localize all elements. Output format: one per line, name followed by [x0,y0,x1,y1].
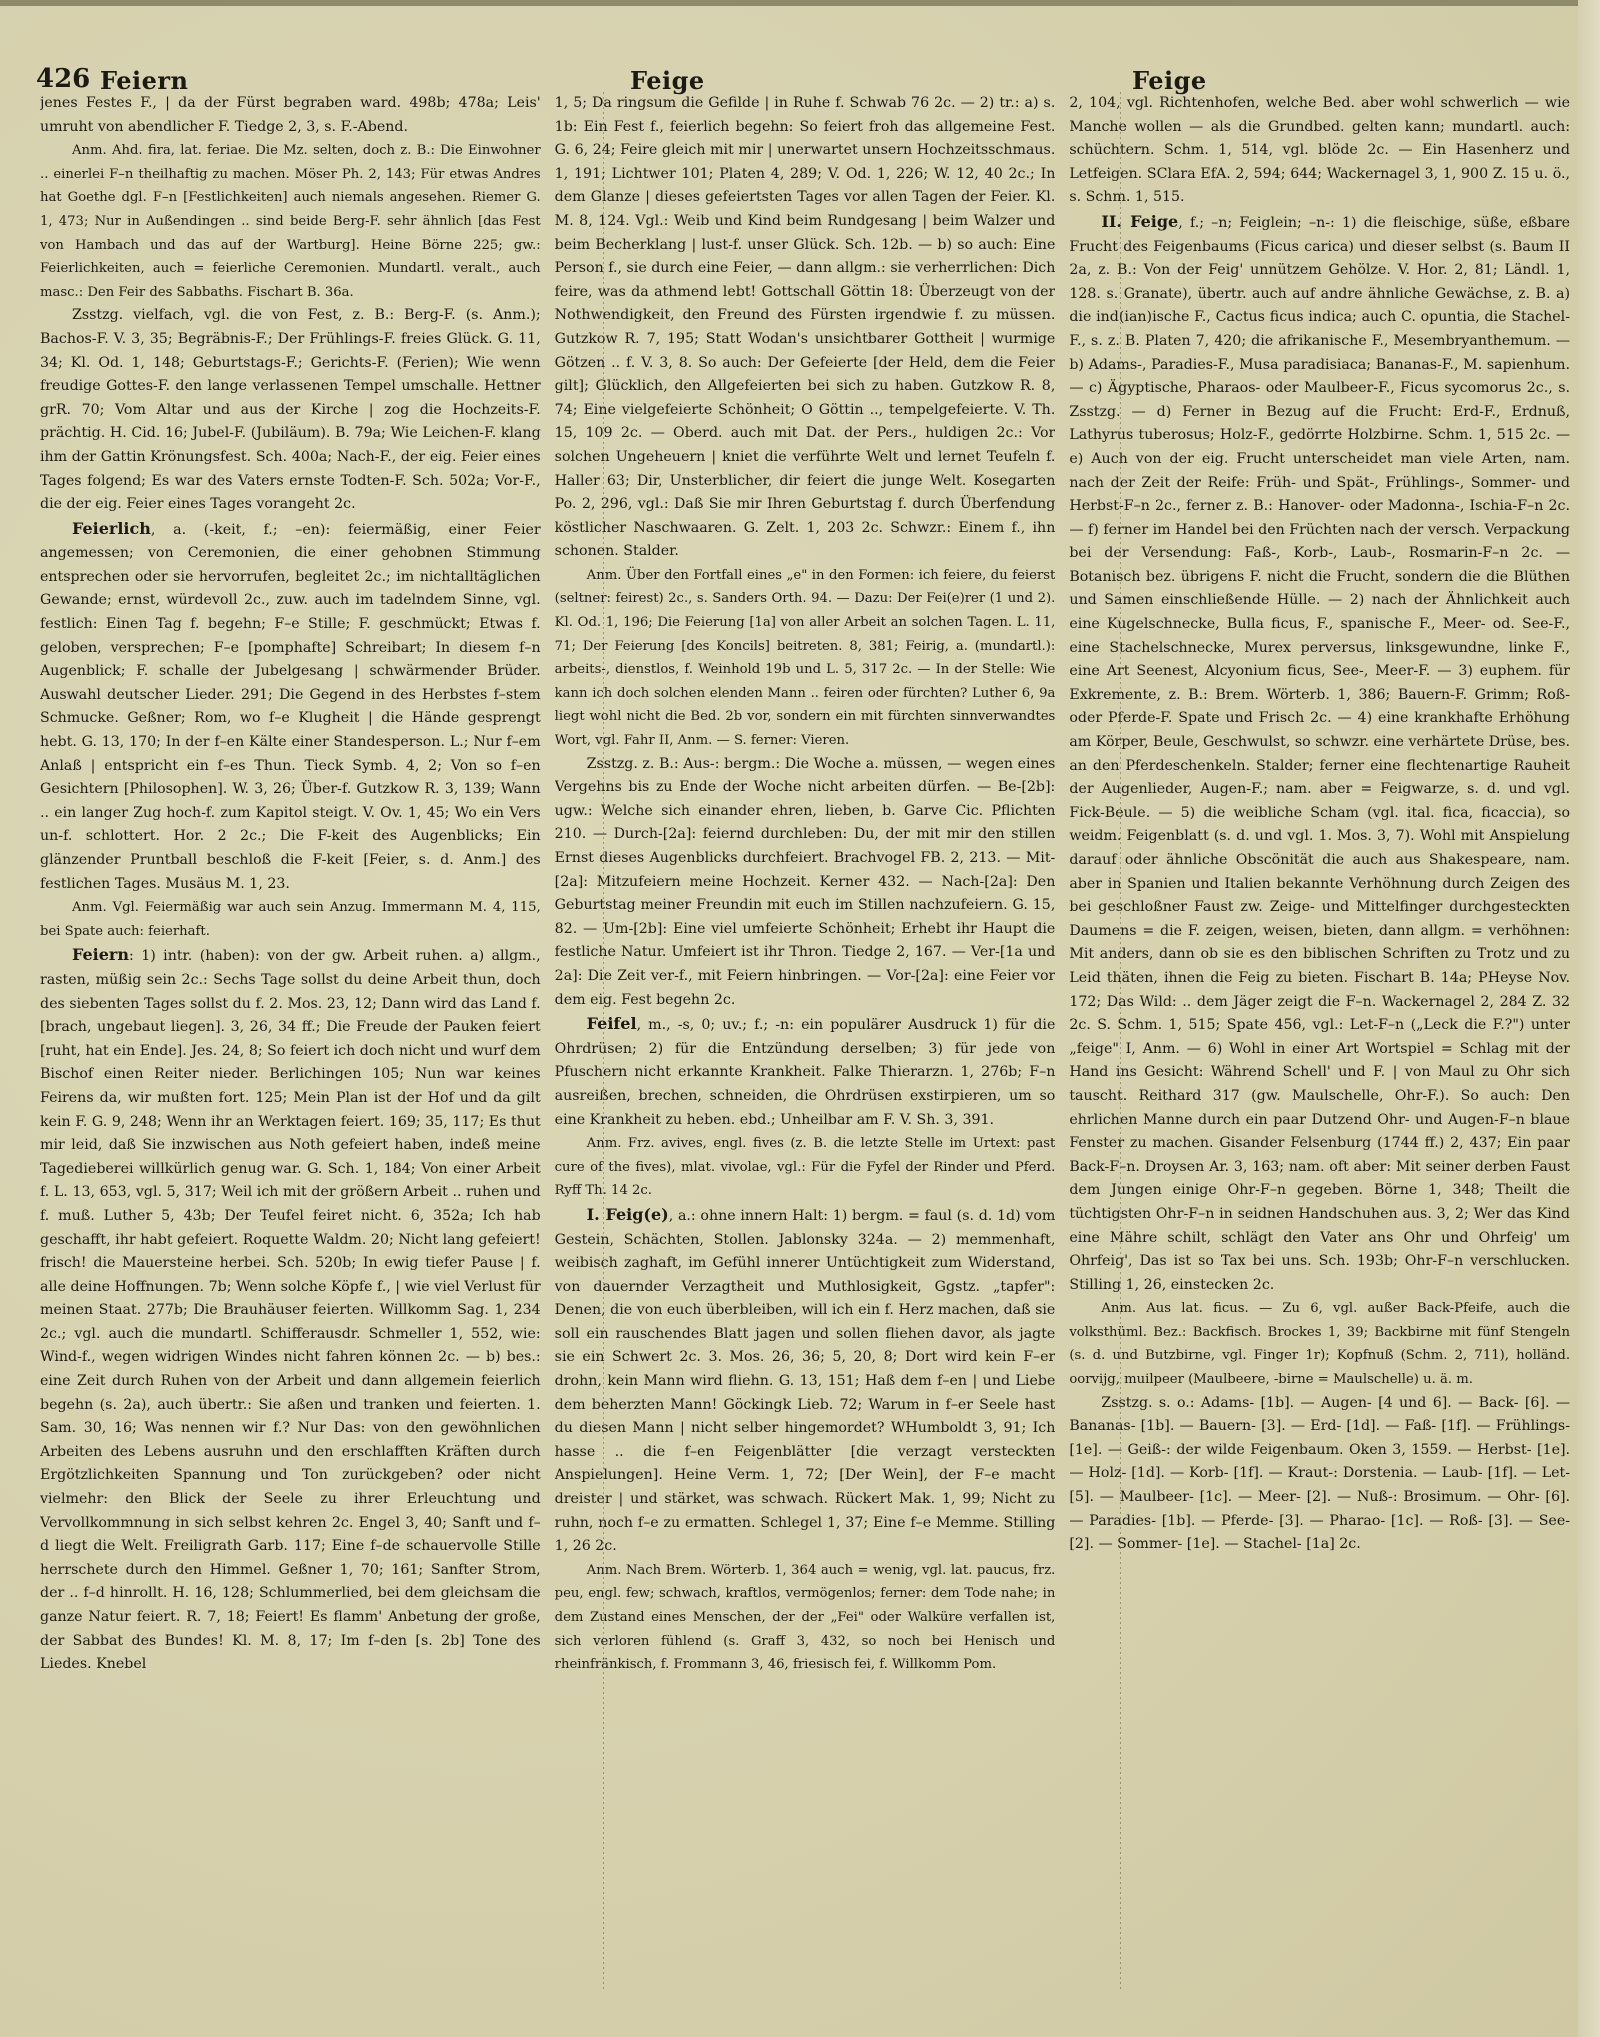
page-header: 426 Feiern Feige Feige [0,56,1600,96]
continued-paragraph: 1, 5; Da ringsum die Gefilde | in Ruhe f… [555,92,1056,564]
annotation-paragraph: Anm. Frz. avives, engl. fives (z. B. die… [555,1132,1056,1203]
continued-paragraph: 2, 104, vgl. Richtenhofen, welche Bed. a… [1069,92,1570,210]
column-divider [1120,92,1121,1992]
entry-paragraph: Zsstzg. s. o.: Adams- [1b]. — Augen- [4 … [1069,1392,1570,1557]
column-divider [603,92,604,1992]
paragraph-text: Anm. Über den Fortfall eines „e" in den … [555,568,1056,748]
headword: Feiern [72,945,129,964]
paragraph-text: Anm. Vgl. Feiermäßig war auch sein Anzug… [40,900,541,939]
entry-paragraph: I. Feig(e), a.: ohne innern Halt: 1) ber… [555,1203,1056,1559]
entry-paragraph: II. Feige, f.; –n; Feiglein; –n-: 1) die… [1069,210,1570,1297]
column-3: 2, 104, vgl. Richtenhofen, welche Bed. a… [1069,92,1570,1992]
entry-paragraph: Feierlich, a. (-keit, f.; –en): feiermäß… [40,517,541,897]
scan-right-edge [1578,0,1600,2037]
paragraph-text: 2, 104, vgl. Richtenhofen, welche Bed. a… [1069,95,1570,205]
running-head-right: Feige [1132,66,1207,95]
continued-paragraph: jenes Festes F., | da der Fürst begraben… [40,92,541,139]
column-1: jenes Festes F., | da der Fürst begraben… [40,92,541,1992]
annotation-paragraph: Anm. Über den Fortfall eines „e" in den … [555,564,1056,753]
entry-paragraph: Zsstzg. z. B.: Aus-: bergm.: Die Woche a… [555,753,1056,1013]
annotation-paragraph: Anm. Vgl. Feiermäßig war auch sein Anzug… [40,896,541,943]
paragraph-text: Zsstzg. z. B.: Aus-: bergm.: Die Woche a… [555,756,1056,1008]
paragraph-text: jenes Festes F., | da der Fürst begraben… [40,95,541,135]
page-number: 426 [36,64,90,94]
running-head-center: Feige [630,66,705,95]
running-head-left: Feiern [100,66,188,95]
paragraph-text: Anm. Frz. avives, engl. fives (z. B. die… [555,1136,1056,1198]
paragraph-text: , a.: ohne innern Halt: 1) bergm. = faul… [555,1208,1056,1554]
scan-top-edge [0,0,1600,6]
annotation-paragraph: Anm. Ahd. fira, lat. feriae. Die Mz. sel… [40,139,541,304]
headword: I. Feig(e) [587,1205,669,1224]
paragraph-text: Anm. Nach Brem. Wörterb. 1, 364 auch = w… [555,1563,1056,1672]
paragraph-text: , m., -s, 0; uv.; f.; -n: ein populärer … [555,1017,1056,1127]
entry-paragraph: Feiern: 1) intr. (haben): von der gw. Ar… [40,943,541,1676]
paragraph-text: Anm. Ahd. fira, lat. feriae. Die Mz. sel… [40,143,541,300]
paragraph-text: Zsstzg. s. o.: Adams- [1b]. — Augen- [4 … [1069,1395,1570,1553]
paragraph-text: , f.; –n; Feiglein; –n-: 1) die fleischi… [1069,215,1570,1293]
entry-paragraph: Zsstzg. vielfach, vgl. die von Fest, z. … [40,304,541,516]
paragraph-text: 1, 5; Da ringsum die Gefilde | in Ruhe f… [555,95,1056,559]
headword: II. Feige [1101,212,1178,231]
paragraph-text: : 1) intr. (haben): von der gw. Arbeit r… [40,948,541,1672]
annotation-paragraph: Anm. Aus lat. ficus. — Zu 6, vgl. außer … [1069,1297,1570,1391]
dictionary-columns: jenes Festes F., | da der Fürst begraben… [40,92,1570,1992]
entry-paragraph: Feifel, m., -s, 0; uv.; f.; -n: ein popu… [555,1012,1056,1132]
headword: Feifel [587,1014,637,1033]
paragraph-text: , a. (-keit, f.; –en): feiermäßig, einer… [40,522,541,892]
column-2: 1, 5; Da ringsum die Gefilde | in Ruhe f… [555,92,1056,1992]
annotation-paragraph: Anm. Nach Brem. Wörterb. 1, 364 auch = w… [555,1559,1056,1677]
headword: Feierlich [72,519,151,538]
paragraph-text: Anm. Aus lat. ficus. — Zu 6, vgl. außer … [1069,1301,1570,1387]
paragraph-text: Zsstzg. vielfach, vgl. die von Fest, z. … [40,307,541,512]
